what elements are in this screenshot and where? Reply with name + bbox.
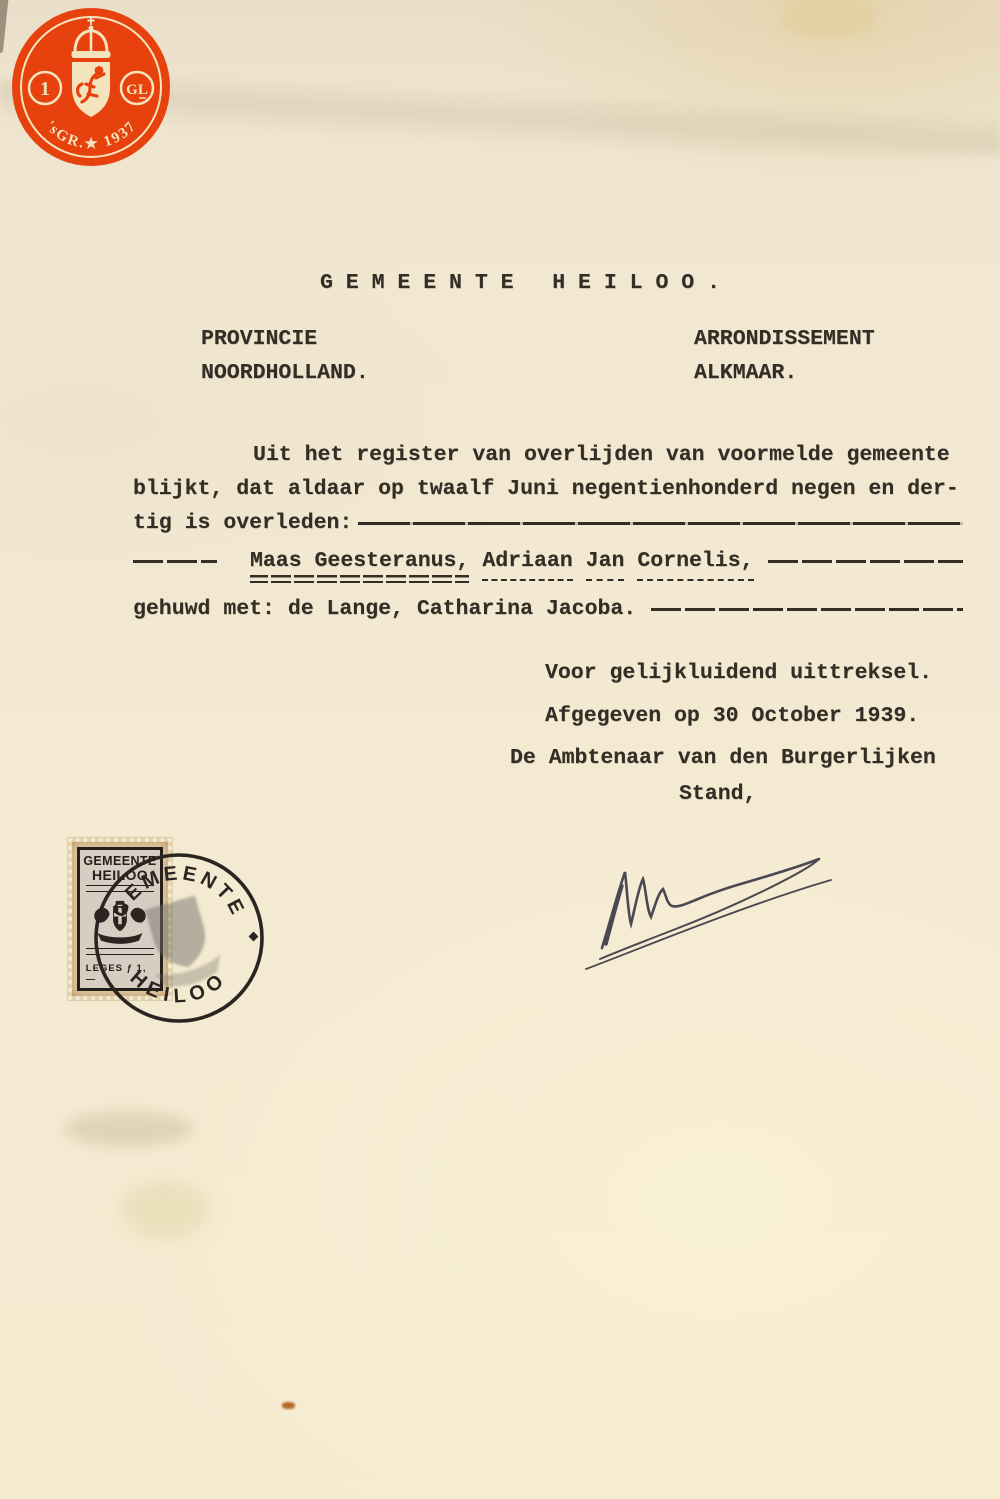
body-line-3: tig is overleden:	[133, 511, 963, 536]
typed-dash-line	[768, 560, 963, 563]
spouse-text: gehuwd met: de Lange, Catharina Jacoba.	[133, 597, 636, 622]
paper-stain	[120, 1180, 210, 1240]
province-value: NOORDHOLLAND.	[201, 361, 369, 386]
paper-stain	[64, 1112, 194, 1146]
paper-stain	[780, 0, 876, 38]
postmark-bottom-text: HEILOO	[126, 967, 233, 1008]
deceased-surname: Maas Geesteranus,	[250, 549, 469, 583]
typed-dash-line	[358, 522, 963, 525]
deceased-name-line: Maas Geesteranus, Adriaan Jan Cornelis,	[133, 549, 963, 583]
official-signature	[572, 826, 862, 976]
seal-denomination: 1	[40, 78, 50, 100]
body-line-2: blijkt, dat aldaar op twaalf Juni negent…	[133, 477, 959, 502]
spouse-line: gehuwd met: de Lange, Catharina Jacoba.	[133, 597, 963, 622]
deceased-given-name: Adriaan	[482, 549, 572, 581]
page-title: G E M E E N T E H E I L O O .	[320, 271, 720, 296]
svg-text:HEILOO: HEILOO	[126, 967, 233, 1008]
arrondissement-label: ARRONDISSEMENT	[694, 327, 875, 352]
postmark-separator-diamond	[249, 932, 259, 942]
attestation-line: Voor gelijkluidend uittreksel.	[545, 661, 932, 686]
seal-currency: GL	[126, 82, 148, 98]
paper-stain	[282, 1402, 295, 1409]
typed-dash-line	[133, 560, 217, 563]
issue-date-line: Afgegeven op 30 October 1939.	[545, 704, 919, 729]
tax-seal: 1 GL 'sGR.★ 1937	[8, 4, 174, 170]
official-title-line-1: De Ambtenaar van den Burgerlijken	[510, 746, 936, 771]
body-line-3-text: tig is overleden:	[133, 511, 352, 536]
typed-dash-line	[651, 608, 963, 611]
arrondissement-value: ALKMAAR.	[694, 361, 797, 386]
postmark-stamp: GEMEENTE HEILOO	[90, 849, 268, 1027]
official-title-line-2: Stand,	[679, 782, 756, 807]
province-label: PROVINCIE	[201, 327, 317, 352]
deceased-given-name: Jan	[586, 549, 625, 581]
deceased-given-name: Cornelis,	[637, 549, 753, 581]
body-line-1: Uit het register van overlijden van voor…	[253, 443, 950, 468]
document-page: 1 GL 'sGR.★ 1937 G E M E E N T E H	[0, 0, 1000, 1499]
